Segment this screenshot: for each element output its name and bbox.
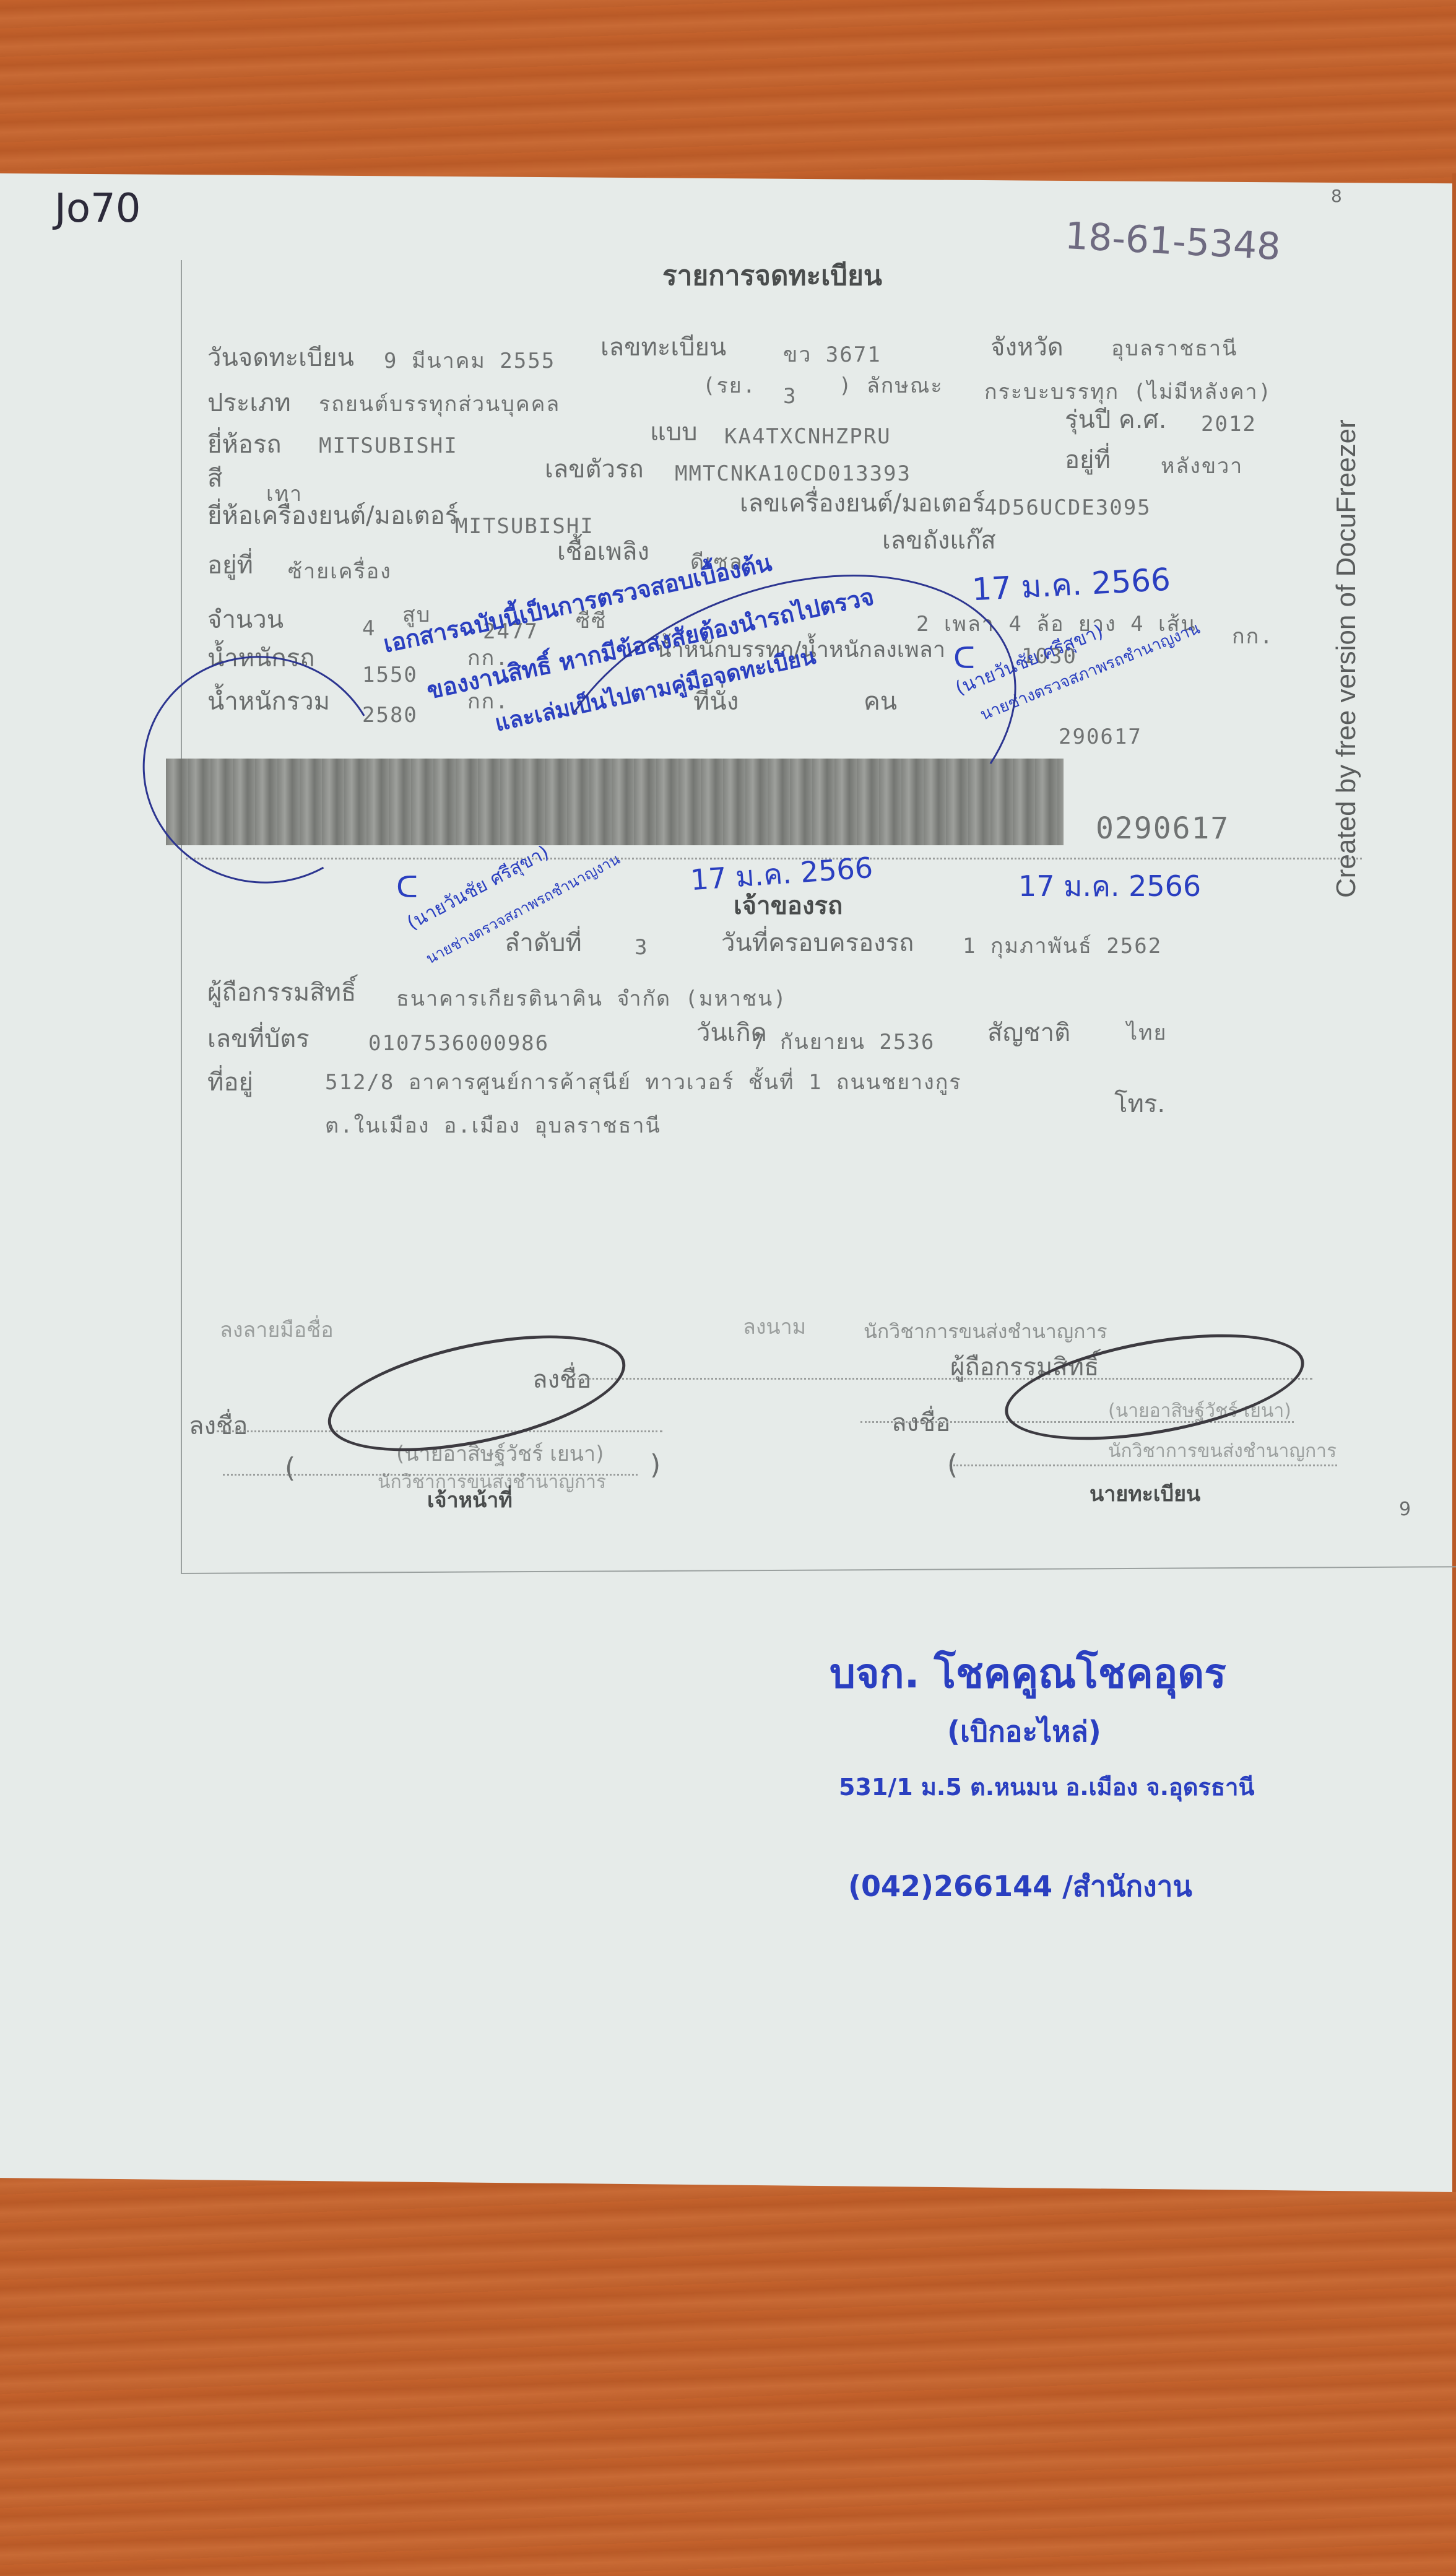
engine-brand-label: ยี่ห้อเครื่องยนต์/มอเตอร์ (207, 495, 458, 535)
address-line1: 512/8 อาคารศูนย์การค้าสุนีย์ ทาวเวอร์ ชั… (325, 1065, 962, 1099)
right-signer-position: นักวิชาการขนส่งชำนาญการ (1108, 1437, 1337, 1466)
province-value: อุบลราชธานี (1111, 331, 1237, 365)
right-top-position: นักวิชาการขนส่งชำนาญการ (864, 1316, 1107, 1347)
address-label: ที่อยู่ (207, 1062, 253, 1102)
order-value: 3 (635, 935, 648, 960)
nationality-value: ไทย (1127, 1016, 1167, 1049)
right-signer-role: นายทะเบียน (1090, 1477, 1200, 1510)
partial-number: 290617 (1059, 724, 1142, 749)
load-weight-unit: กก. (1232, 619, 1274, 653)
corner-mark: 8 (1331, 186, 1342, 206)
color-label: สี (207, 458, 222, 498)
order-label: ลำดับที่ (505, 923, 582, 962)
holder-value: ธนาคารเกียรตินาคิน จำกัด (มหาชน) (396, 981, 787, 1015)
year-label: รุ่นปี ค.ศ. (1065, 399, 1167, 439)
count-label: จำนวน (207, 599, 284, 639)
holder-label: ผู้ถือกรรมสิทธิ์ (207, 972, 356, 1012)
ry-label-close: ) ลักษณะ (839, 368, 943, 402)
form-border-left (181, 260, 182, 1573)
faded-sign-label-left: ลงลายมือชื่อ (220, 1313, 334, 1346)
phone-label: โทร. (1114, 1084, 1165, 1123)
reg-date-label: วันจดทะเบียน (207, 337, 354, 377)
reg-date-value: 9 มีนาคม 2555 (384, 344, 555, 377)
possession-date-label: วันที่ครอบครองรถ (721, 923, 914, 962)
date-stamp-top: 17 ม.ค. 2566 (971, 555, 1172, 615)
partial-number-below: 0290617 (1096, 811, 1229, 846)
birth-value: 7 กันยายน 2536 (752, 1025, 935, 1058)
chassis-value: MMTCNKA10CD013393 (675, 461, 911, 486)
cylinders-value: 4 (362, 616, 376, 641)
engine-location-label: อยู่ที่ (207, 545, 253, 585)
dealer-address: 531/1 ม.5 ต.หนมน อ.เมือง จ.อุดรธานี (839, 1768, 1254, 1806)
id-label: เลขที่บัตร (207, 1019, 310, 1058)
document-title: รายการจดทะเบียน (662, 254, 882, 297)
chassis-label: เลขตัวรถ (545, 449, 644, 489)
page-number: 9 (1399, 1499, 1411, 1520)
fuel-label: เชื้อเพลิง (557, 531, 649, 571)
initials-middle: ᑕ (396, 870, 418, 905)
desk-edge (1452, 173, 1456, 2192)
docufreezer-watermark: Created by free version of DocuFreezer (1331, 419, 1362, 898)
type-label: ประเภท (207, 383, 291, 422)
province-label: จังหวัด (990, 327, 1064, 367)
dealer-name: บจก. โชคคูณโชคอุดร (830, 1641, 1226, 1706)
id-value: 0107536000986 (368, 1031, 549, 1056)
left-paren-close: ) (650, 1449, 661, 1481)
model-label: แบบ (650, 412, 698, 451)
ry-value: 3 (783, 384, 797, 409)
dealer-phone: (042)266144 /สำนักงาน (848, 1864, 1192, 1909)
year-value: 2012 (1201, 412, 1257, 437)
engine-number-value: 4D56UCDE3095 (984, 495, 1151, 520)
faded-sign-label-right: ลงนาม (743, 1310, 806, 1343)
left-signer-role: เจ้าหน้าที่ (427, 1483, 513, 1516)
date-stamp-right: 17 ม.ค. 2566 (1018, 864, 1201, 909)
gas-tank-label: เลขถังแก๊ส (882, 520, 996, 560)
nationality-label: สัญชาติ (987, 1012, 1070, 1052)
model-value: KA4TXCNHZPRU (724, 424, 891, 449)
type-value: รถยนต์บรรทุกส่วนบุคคล (319, 387, 560, 420)
vehicle-weight-value: 1550 (362, 663, 418, 687)
ry-label-open: (รย. (703, 368, 756, 402)
engine-number-label: เลขเครื่องยนต์/มอเตอร์ (740, 483, 986, 523)
brand-value: MITSUBISHI (319, 433, 458, 458)
engine-location-value: ซ้ายเครื่อง (288, 554, 392, 588)
sign-label-left: ลงชื่อ (189, 1406, 248, 1445)
left-paren-open: ( (285, 1452, 295, 1484)
gross-weight-value: 2580 (362, 703, 418, 728)
possession-date-value: 1 กุมภาพันธ์ 2562 (963, 929, 1162, 962)
dealer-subtitle: (เบิกอะไหล่) (947, 1709, 1101, 1754)
plate-value: ขว 3671 (783, 337, 882, 371)
chassis-location-value: หลังขวา (1161, 449, 1243, 482)
address-line2: ต.ในเมือง อ.เมือง อุบลราชธานี (325, 1108, 661, 1142)
chassis-location-label: อยู่ที่ (1065, 440, 1111, 479)
plate-label: เลขทะเบียน (600, 327, 726, 367)
handwritten-ref-code: Jo70 (54, 186, 141, 232)
